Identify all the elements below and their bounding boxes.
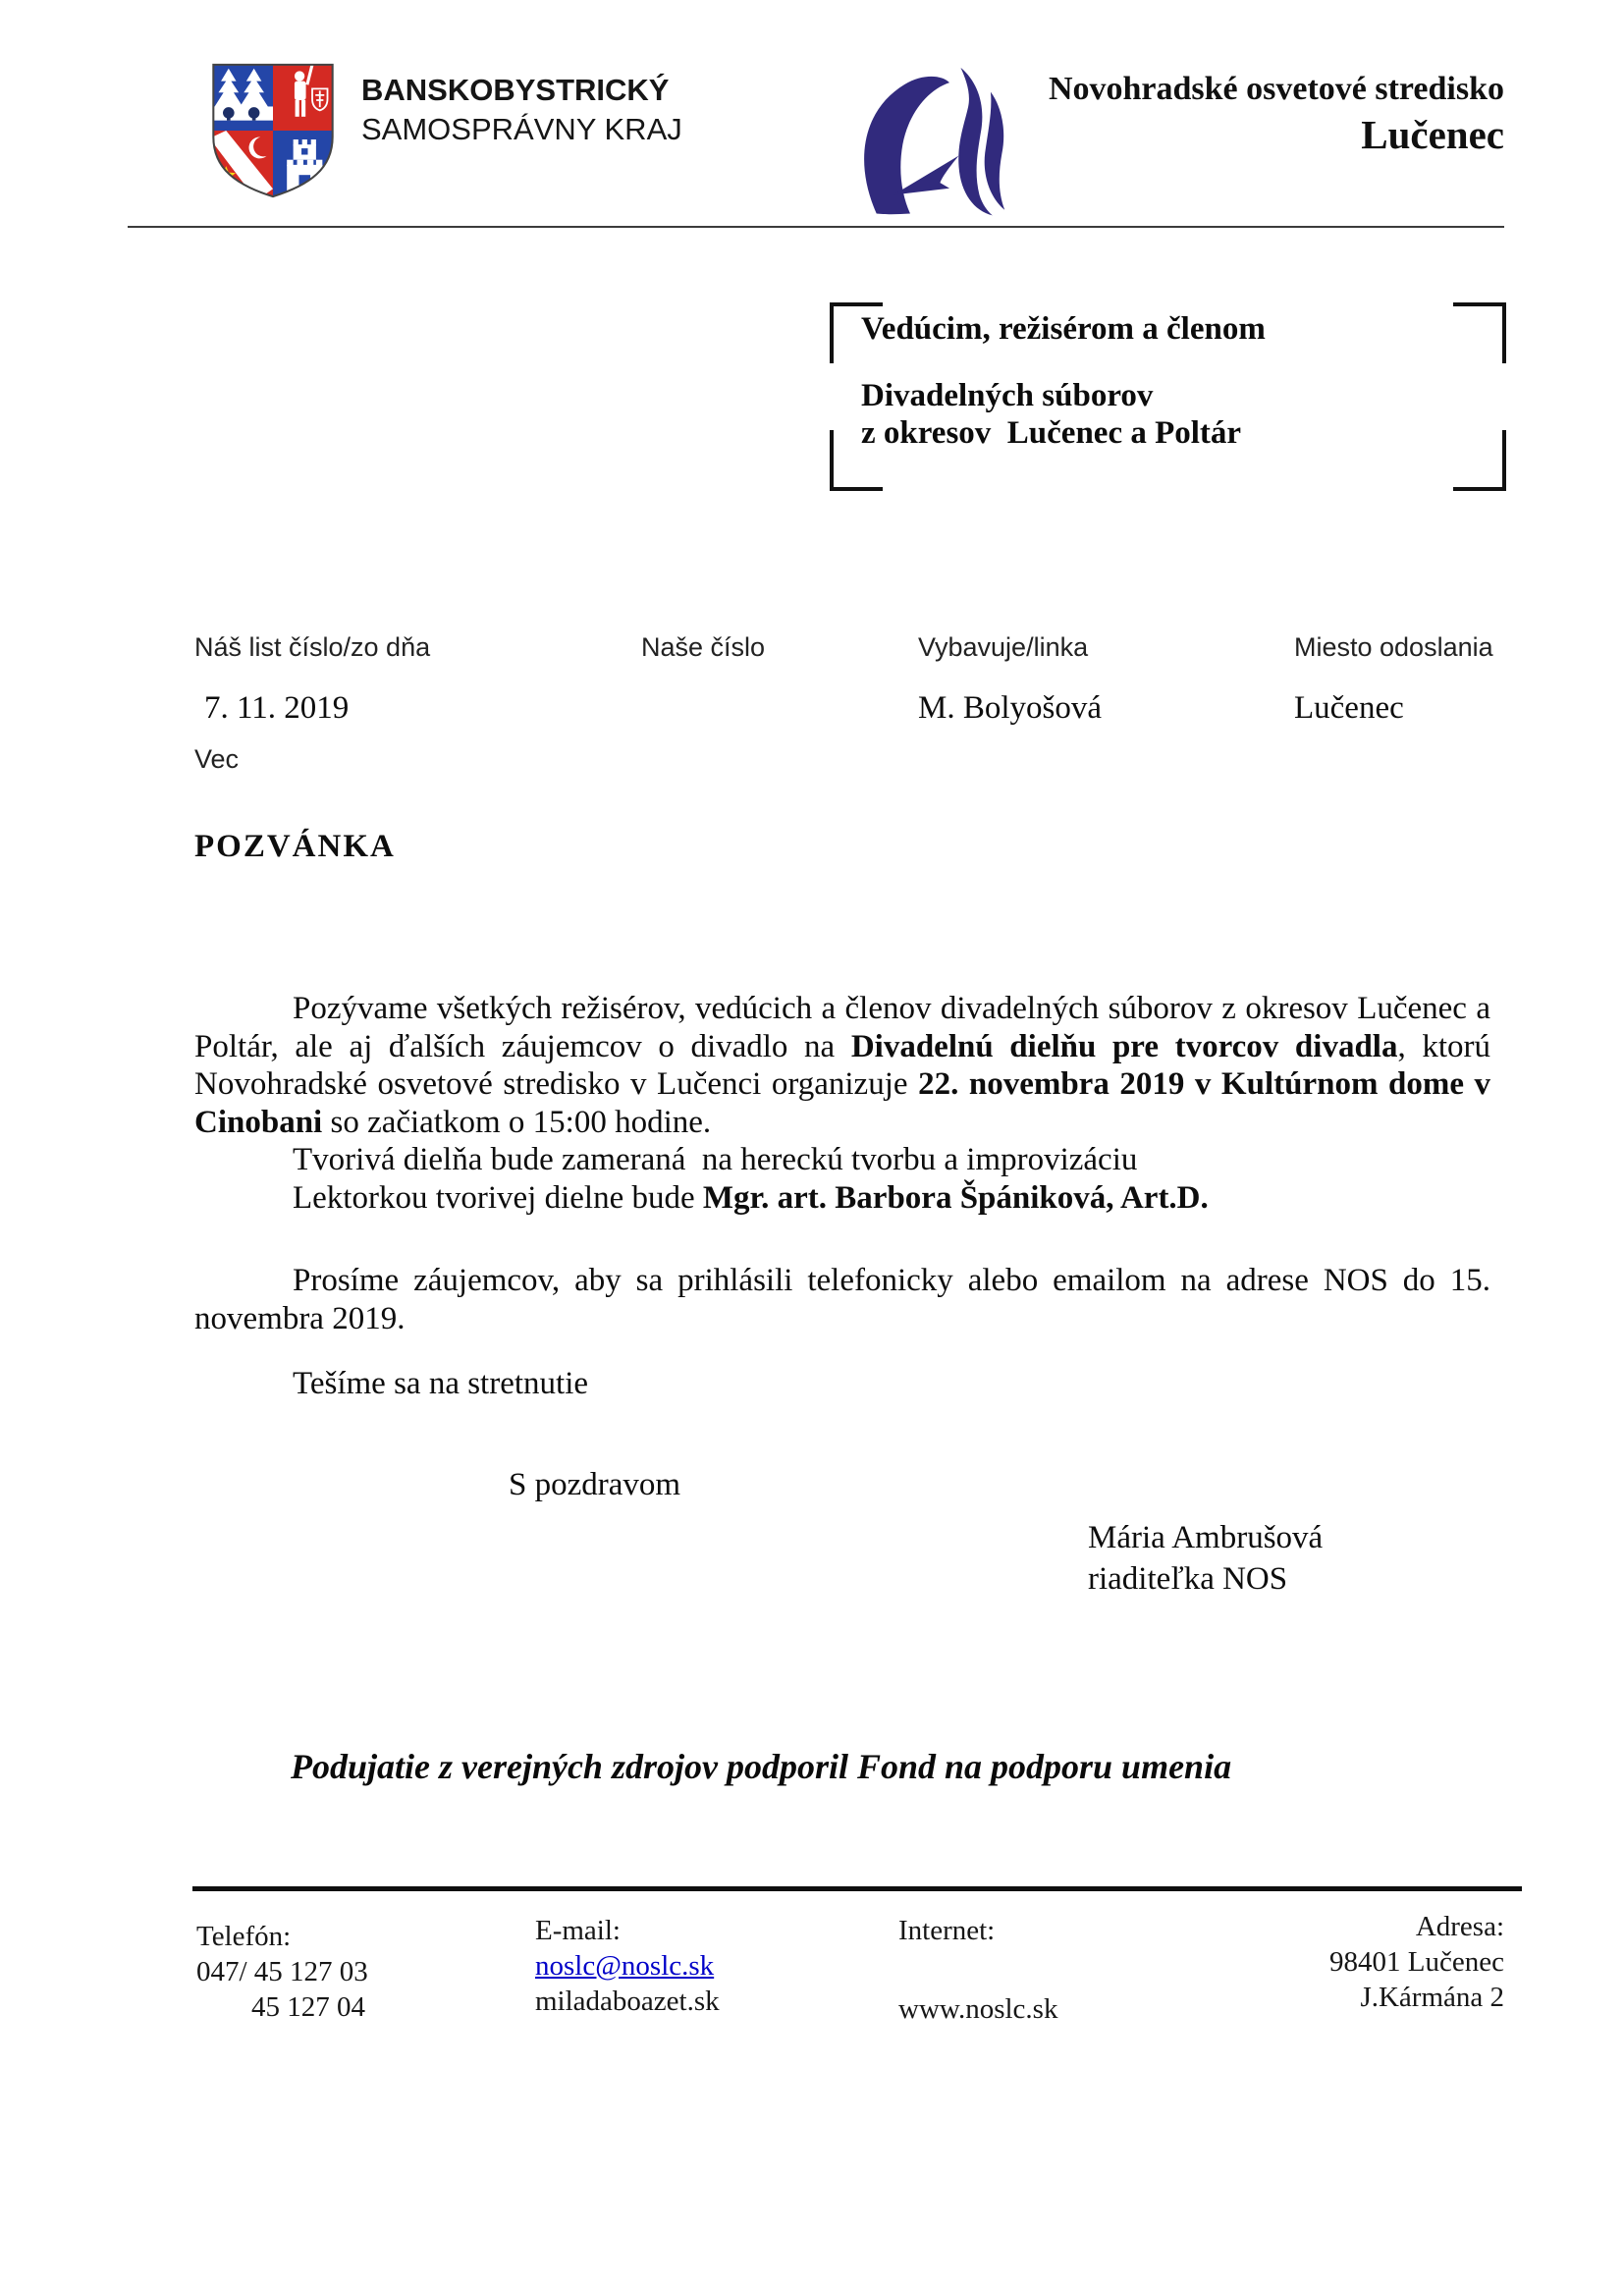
- nos-logo-icon: [850, 51, 1009, 218]
- bbsk-coat-of-arms-icon: [209, 61, 337, 200]
- ref-value: M. Bolyošová: [918, 690, 1102, 727]
- recipient-block: Vedúcim, režisérom a členom Divadelných …: [861, 310, 1266, 452]
- internet-label: Internet:: [898, 1913, 1057, 1948]
- ref-our-letter-no: Náš list číslo/zo dňa 7. 11. 2019: [194, 632, 430, 727]
- org-left-line2: SAMOSPRÁVNY KRAJ: [361, 110, 682, 149]
- phone-number-2: 45 127 04: [196, 1989, 368, 2025]
- body-paragraph-2: Tvorivá dielňa bude zameraná na hereckú …: [194, 1141, 1490, 1179]
- address-line1: 98401 Lučenec: [1329, 1944, 1504, 1980]
- address-window-mark-top-right: [1453, 302, 1506, 363]
- ref-label: Naše číslo: [641, 632, 765, 663]
- letter-body: Pozývame všetkých režisérov, vedúcich a …: [194, 990, 1490, 1503]
- ref-place-of-dispatch: Miesto odoslania Lučenec: [1294, 632, 1493, 727]
- footer-divider: [192, 1886, 1522, 1891]
- header-divider: [128, 226, 1504, 228]
- body-paragraph-1: Pozývame všetkých režisérov, vedúcich a …: [194, 990, 1490, 1141]
- letter-page: BANSKOBYSTRICKÝ SAMOSPRÁVNY KRAJ Novohra…: [0, 0, 1624, 2285]
- ref-label: Miesto odoslania: [1294, 632, 1493, 663]
- ref-label: Vybavuje/linka: [918, 632, 1102, 663]
- org-left-line1: BANSKOBYSTRICKÝ: [361, 71, 682, 110]
- address-line2: J.Kármána 2: [1329, 1980, 1504, 2015]
- footer-address: Adresa: 98401 Lučenec J.Kármána 2: [1329, 1909, 1504, 2015]
- signature-block: Mária Ambrušová riaditeľka NOS: [1088, 1517, 1323, 1600]
- ref-label: Náš list číslo/zo dňa: [194, 632, 430, 663]
- footer-internet: Internet: www.noslc.sk: [898, 1913, 1057, 2027]
- ref-handled-by: Vybavuje/linka M. Bolyošová: [918, 632, 1102, 727]
- org-right-line1: Novohradské osvetové stredisko: [1049, 69, 1504, 110]
- funding-note: Podujatie z verejných zdrojov podporil F…: [291, 1746, 1231, 1787]
- salutation-line: S pozdravom: [194, 1466, 1490, 1504]
- internet-url: www.noslc.sk: [898, 1991, 1057, 2027]
- closing-line: Tešíme sa na stretnutie: [194, 1365, 1490, 1403]
- org-right-name: Novohradské osvetové stredisko Lučenec: [1049, 69, 1504, 159]
- footer-email: E-mail: noslc@noslc.sk miladaboazet.sk: [535, 1913, 720, 2019]
- recipient-line1: Vedúcim, režisérom a členom: [861, 310, 1266, 348]
- address-window-mark-bottom-right: [1453, 430, 1506, 491]
- email-link[interactable]: noslc@noslc.sk: [535, 1950, 714, 1982]
- ref-value: Lučenec: [1294, 690, 1493, 727]
- signature-name: Mária Ambrušová: [1088, 1517, 1323, 1558]
- signature-role: riaditeľka NOS: [1088, 1558, 1323, 1600]
- subject-label: Vec: [194, 744, 239, 775]
- phone-label: Telefón:: [196, 1919, 368, 1954]
- phone-number-1: 047/ 45 127 03: [196, 1954, 368, 1989]
- footer-phone: Telefón: 047/ 45 127 03 45 127 04: [196, 1919, 368, 2025]
- letter-title: POZVÁNKA: [194, 829, 396, 865]
- address-label: Adresa:: [1329, 1909, 1504, 1944]
- ref-our-number: Naše číslo: [641, 632, 765, 690]
- recipient-line2: Divadelných súborov: [861, 377, 1266, 414]
- email-label: E-mail:: [535, 1913, 720, 1948]
- org-left-name: BANSKOBYSTRICKÝ SAMOSPRÁVNY KRAJ: [361, 71, 682, 149]
- body-paragraph-3: Lektorkou tvorivej dielne bude Mgr. art.…: [194, 1179, 1490, 1218]
- org-right-line2: Lučenec: [1049, 110, 1504, 159]
- ref-value: 7. 11. 2019: [204, 690, 430, 727]
- email-line2: miladaboazet.sk: [535, 1984, 720, 2019]
- recipient-line3: z okresov Lučenec a Poltár: [861, 414, 1266, 452]
- body-paragraph-4: Prosíme záujemcov, aby sa prihlásili tel…: [194, 1262, 1490, 1337]
